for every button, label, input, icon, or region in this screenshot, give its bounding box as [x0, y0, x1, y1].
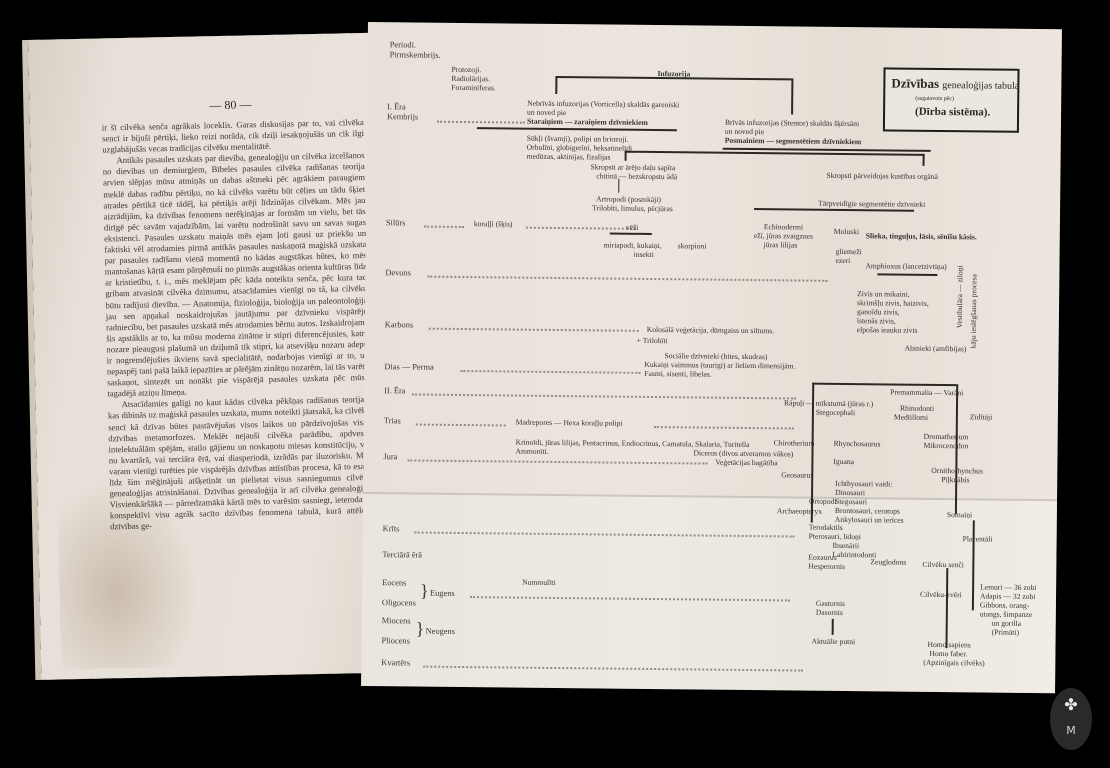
node-infusoria: Infuzorija	[657, 69, 690, 78]
node-medusae: medūzas, aktinijas, fizalijas	[527, 152, 611, 162]
era-cretaceous: Krīts	[383, 524, 400, 533]
chart-title: Dzīvības genealoģijas tabula	[891, 75, 1019, 92]
era-pliocene: Pliocens	[381, 636, 409, 645]
era-jurassic: Jura	[383, 452, 397, 461]
era-quaternary: Kvartērs	[381, 658, 410, 667]
node-ammonites: Ammonīti.	[515, 447, 548, 456]
era-eocene: Eocens	[382, 578, 406, 587]
node-corals: koraļļi (šķis)	[474, 219, 513, 228]
header-periods: Periodi.	[390, 40, 416, 49]
node-ornithopods: Ortopodi	[809, 497, 837, 506]
node-ganoids: ganoīdu zivis,	[857, 307, 900, 316]
node-gibbons: Gibbons, orang-	[980, 600, 1029, 610]
node-vertebrates-side: Vestibulāra — ziloņi	[955, 265, 965, 328]
node-sea-lilies: jūras lilijas	[764, 240, 798, 249]
chart-subtitle: (sagatavots pēc)	[915, 96, 954, 102]
book-left-page: — 80 — ir šī cilvēka senča agrākais loce…	[28, 33, 386, 680]
dotted-leader	[427, 276, 827, 282]
node-amphioxus: Amphioxus (lancetzivtiņa)	[865, 261, 946, 271]
node-reptiles: Rāpuļi — mīkstumā (jūras r.)	[784, 398, 873, 408]
node-leeches: Slieka, tinguļus, lāsis, sēnīšu kāsis.	[866, 231, 977, 241]
node-phasmids: Fasmi, sisenti, libelas.	[644, 369, 711, 379]
node-geosaurus: Geosaurus	[781, 470, 813, 479]
dotted-leader	[412, 393, 796, 399]
title-rest: genealoģijas tabula	[942, 80, 1019, 92]
node-eozaurus: Eozaurus	[808, 553, 836, 562]
node-conscious-human: (Apzinīgais cilvēks)	[923, 658, 984, 668]
node-human-ancestors: Cilvēku senči	[922, 560, 964, 569]
branch-line	[610, 233, 652, 235]
branch-line	[877, 273, 937, 275]
chart-source: (Dīrba sistēma).	[915, 106, 990, 119]
node-mammals: Zīdītāji	[970, 412, 992, 421]
header-precambrian: Pirmskembrijs.	[390, 50, 441, 60]
branch-line	[812, 383, 956, 386]
branch-line	[791, 78, 793, 114]
node-free-infusoria-cont: un noved pie	[725, 127, 764, 136]
node-modern-birds: Aktuālie putni	[811, 637, 855, 646]
node-inner-skeleton: Skropsti pārveidojas kustības orgānā	[826, 171, 938, 181]
era-permian: Dias — Perma	[384, 362, 433, 372]
node-segmented: Posmainiem — segmentētiem dzīvniekiem	[725, 136, 862, 146]
era-miocene: Miocens	[382, 616, 411, 625]
arrow-line	[618, 179, 619, 193]
node-carboniferous: Kolosālā veģetācija, dūmgaiss un siltums…	[647, 325, 774, 335]
node-medillomi: Medīillomi	[894, 413, 928, 422]
node-marsupials: Somaiņi	[947, 510, 972, 519]
node-crustaceans: vēži	[626, 223, 639, 232]
node-dasornis: Dasornis	[816, 608, 843, 617]
node-nonfree-infusoria-cont: un noved pie	[527, 108, 566, 117]
era-carboniferous: Karbons	[385, 320, 413, 329]
node-apes: Cilvēku-zvēri	[920, 590, 962, 599]
branch-line	[555, 76, 557, 94]
branch-line	[923, 154, 925, 166]
foldout-chart: Periodi. Pirmskembrijs. Protozoji. Radio…	[361, 22, 1062, 693]
node-platypus: Pīļknābis	[941, 475, 969, 484]
dotted-leader	[424, 226, 464, 228]
branch-line	[625, 151, 925, 156]
node-pterosauri: Pterosauri, lidoņi	[809, 532, 861, 542]
era-tertiary: Terciārā ērā	[382, 550, 422, 559]
node-pterodactyl: Terodaktils	[809, 523, 843, 532]
chart-title-box: Dzīvības genealoģijas tabula (sagatavots…	[883, 67, 1020, 132]
node-scorpions: skorpioni	[678, 241, 707, 250]
node-gorilla: un gorilla	[992, 619, 1021, 628]
era-cambrian: Kembrijs	[387, 112, 418, 121]
paragraph: Atsacīdamies galīgi no kaut kādas cilvēk…	[108, 394, 373, 533]
dotted-leader	[654, 426, 794, 429]
watermark-logo: ✤ M	[1050, 688, 1092, 750]
node-rhynchosaurus: Rhynchosaurus	[834, 439, 881, 448]
node-ankylosauri: Ankylosauri un ierīces	[835, 515, 904, 525]
node-nummulites: Nummulīti	[522, 578, 555, 587]
era-triassic: Trias	[384, 416, 401, 425]
node-homo-sapiens: Homo sapiens	[927, 640, 970, 649]
node-crinoids: Krinoīdi, jūras lilijas, Pentacrinus, En…	[516, 438, 750, 449]
node-trilobites-extinct: + Trilobīti	[637, 336, 668, 345]
node-amphibians: Abinieki (amfibijas)	[905, 344, 967, 354]
paragraph: Antīkās pasaules uzskats par dievība, ge…	[102, 150, 369, 399]
node-myriapods: miriapodi, kukaiņi,	[604, 240, 662, 250]
node-ibsenarii: Ibsenārii	[832, 541, 859, 550]
era-eogene: Eugens	[430, 589, 455, 598]
node-orangutan: utangs, šimpanze	[980, 609, 1032, 619]
node-snails-cont: ezeri	[835, 256, 850, 265]
node-placentals: Placentāli	[963, 534, 993, 543]
era-1: I. Ēra	[387, 102, 406, 111]
node-homo-faber: Homo faber.	[929, 649, 967, 658]
body-text: ir šī cilvēka senča agrākais loceklis. G…	[102, 117, 373, 533]
node-zeuglodon: Zeuglodons	[870, 557, 906, 566]
node-premammalia: Premammalia — Varāni	[890, 387, 963, 397]
dotted-leader	[429, 328, 639, 332]
node-rhinodonti: Rhinodonti	[900, 404, 934, 413]
node-ornithorhynchus: Ornithorhynchus	[931, 466, 983, 476]
node-worms: Tārpveidīgie segmentētie dzīvnieki	[818, 199, 925, 209]
trilobites-label: Trilobīti	[643, 336, 668, 345]
node-protozoa: Protozoji.	[451, 65, 481, 74]
node-dromatherium: Dromatherium	[924, 432, 969, 441]
dotted-leader	[407, 459, 707, 464]
node-lungfish: elpošas ieauku zivis	[857, 325, 918, 335]
page-number: — 80 —	[209, 97, 251, 113]
dotted-leader	[416, 424, 506, 427]
branch-line	[625, 151, 627, 161]
node-iguana: Iguana	[833, 457, 854, 466]
node-lateral: kāju ieslēgšanas procesa	[969, 274, 979, 348]
node-starfish: ežī, jūras zvaigznes	[754, 231, 813, 241]
era-2: II. Ēra	[384, 386, 405, 395]
era-neogene: Neogens	[426, 627, 455, 636]
node-insects-label: insekti	[634, 250, 654, 259]
title-word: Dzīvības	[891, 75, 939, 90]
node-radiolaria: Radiolārijas.	[451, 74, 490, 83]
node-stegosauri: Stegosauri	[835, 497, 867, 506]
paragraph: ir šī cilvēka senča agrākais loceklis. G…	[102, 117, 365, 156]
branch-line	[754, 208, 914, 211]
node-snails: gliemeži	[836, 247, 862, 256]
era-devonian: Devons	[385, 268, 411, 277]
underline	[723, 148, 931, 152]
brace: }	[420, 581, 429, 602]
watermark-letter: M	[1050, 724, 1092, 737]
node-vegetation: Veģetācijas bagātība	[715, 458, 777, 468]
node-gastornis: Gastornis	[816, 599, 845, 608]
branch-line	[832, 619, 834, 635]
dotted-leader	[526, 227, 636, 230]
node-mollusks: Moluski	[834, 227, 859, 236]
node-trilobites: Trilobīti, limulus, pēcjūras	[592, 203, 673, 213]
node-hesperornis: Hesperornis	[808, 562, 845, 571]
node-dinosauri: Dinosauri	[835, 488, 865, 497]
node-echinoderms: Echinodermi	[764, 222, 803, 231]
node-mikrocenodon: Mikrocenodon	[924, 441, 969, 450]
dotted-leader	[460, 370, 640, 374]
node-radial-animals: Staraiņiem — zaraiņiem dzīvniekiem	[527, 117, 648, 127]
node-stegocephali: Stegocephali	[816, 408, 855, 417]
node-madrepores: Madrepores — Hexa koraļļu polipi	[516, 418, 623, 428]
underline	[477, 127, 677, 131]
node-bony-fishes: īstenās zivis,	[857, 316, 896, 325]
era-silurian: Silūrs	[386, 218, 406, 227]
brace: }	[416, 619, 425, 640]
node-chirotherium: Chirotherium	[774, 438, 815, 447]
era-oligocene: Oligocens	[382, 598, 416, 607]
ornament-icon: ✤	[1050, 698, 1092, 714]
node-foraminifera: Foraminiferas.	[451, 83, 496, 92]
node-archaeopteryx: Archaeopteryx	[777, 506, 822, 515]
node-primates: (Primāti)	[992, 628, 1020, 637]
node-chitin-cont: chitinā — bezskropstu ādā	[596, 171, 677, 181]
dotted-leader	[437, 121, 525, 124]
